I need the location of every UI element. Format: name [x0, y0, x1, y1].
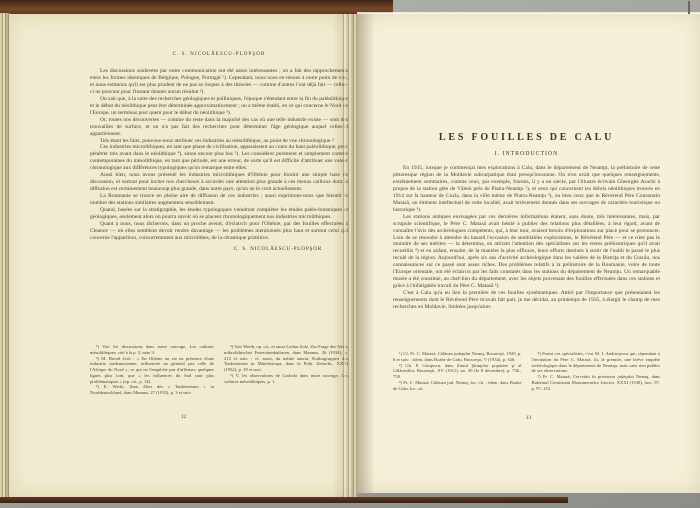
- right-page-footnotes: ¹) Cf. Pr. C. Matasă, Călăuza judeţului …: [393, 351, 660, 391]
- footnote: ⁴) Parmi ces spécialistes, c'est M. I. A…: [532, 351, 661, 374]
- footnote: ³) E. Werth, Zum Alter des « Tardenoisie…: [90, 384, 214, 396]
- left-page-footnotes: ¹) Voir les discussions dans notre ouvra…: [90, 344, 348, 396]
- footnote-column: ⁴) Parmi ces spécialistes, c'est M. I. A…: [532, 351, 661, 391]
- paragraph: On sait que, à la suite des recherches g…: [90, 96, 348, 117]
- author-signature: C. S. NICOLĂESCU-PLOPŞOR: [90, 246, 348, 252]
- book-cover-bottom-edge: [0, 497, 568, 503]
- footnote: ¹) Voir les discussions dans notre ouvra…: [90, 344, 214, 356]
- book-scan: C. S. NICOLĂESCU-PLOPŞOR Les discussions…: [0, 0, 700, 508]
- right-page-body: En 1935, lorsque je commençai mes explor…: [393, 165, 660, 311]
- footnote-column: ¹) Voir les discussions dans notre ouvra…: [90, 344, 214, 396]
- footnote-column: ⁴) Voir Werth, op. cit., et aussi Lothar…: [224, 344, 348, 396]
- paragraph: Ces industries microlithiques, en tant q…: [90, 144, 348, 172]
- paragraph: Or, toutes nos découvertes — comme du re…: [90, 117, 348, 138]
- right-page-top-edge: [357, 12, 700, 14]
- page-number: 12: [9, 414, 358, 420]
- footnote: ⁵) Pr. C. Matasă, Cercetări în preistori…: [532, 374, 661, 391]
- paragraph: Quand, basées sur la stratigraphie, les …: [90, 207, 348, 221]
- right-page-corner-edge: [688, 1, 690, 14]
- chapter-title: LES FOUILLES DE CALU: [393, 132, 660, 143]
- footnote: ²) M. Breuil écrit : « En Olténie on est…: [90, 356, 214, 385]
- paragraph: La Roumanie se trouve en pleine aire de …: [90, 193, 348, 207]
- footnote: ³) Pr. C. Matasă, Călăuza jud. Neamţ, lo…: [393, 380, 522, 392]
- right-page: LES FOUILLES DE CALU I. INTRODUCTION En …: [357, 13, 700, 493]
- page-number: 13: [357, 415, 700, 421]
- footnote: ⁵) V. les observations de Godicki dans n…: [224, 373, 348, 385]
- footnote: ¹) Cf. Pr. C. Matasă, Călăuza judeţului …: [393, 351, 522, 363]
- paragraph: Les stations antiques envisagées par ces…: [393, 214, 660, 290]
- paragraph: Quant à nous, nous tâcherons, dans un pr…: [90, 221, 348, 242]
- footnote: ²) Gh. P. Grinţescu, dans Ziarul Ştiinţe…: [393, 363, 522, 380]
- left-page-body: Les discussions soulevées par notre comm…: [90, 68, 348, 252]
- paragraph: En 1935, lorsque je commençai mes explor…: [393, 165, 660, 214]
- left-page: C. S. NICOLĂESCU-PLOPŞOR Les discussions…: [9, 14, 358, 497]
- footnote: ⁴) Voir Werth, op. cit., et aussi Lothar…: [224, 344, 348, 373]
- paragraph: Aussi bien, nous avons présenté les indu…: [90, 172, 348, 193]
- chapter-subtitle: I. INTRODUCTION: [393, 151, 660, 157]
- paragraph: Les discussions soulevées par notre comm…: [90, 68, 348, 96]
- paragraph: Tels étant les faits, pouvons-nous attri…: [90, 138, 348, 145]
- book-gutter: [341, 14, 356, 497]
- running-head: C. S. NICOLĂESCU-PLOPŞOR: [90, 52, 348, 57]
- footnote-column: ¹) Cf. Pr. C. Matasă, Călăuza judeţului …: [393, 351, 522, 391]
- paragraph: C'est à Calu qu'a eu lieu la première de…: [393, 290, 660, 311]
